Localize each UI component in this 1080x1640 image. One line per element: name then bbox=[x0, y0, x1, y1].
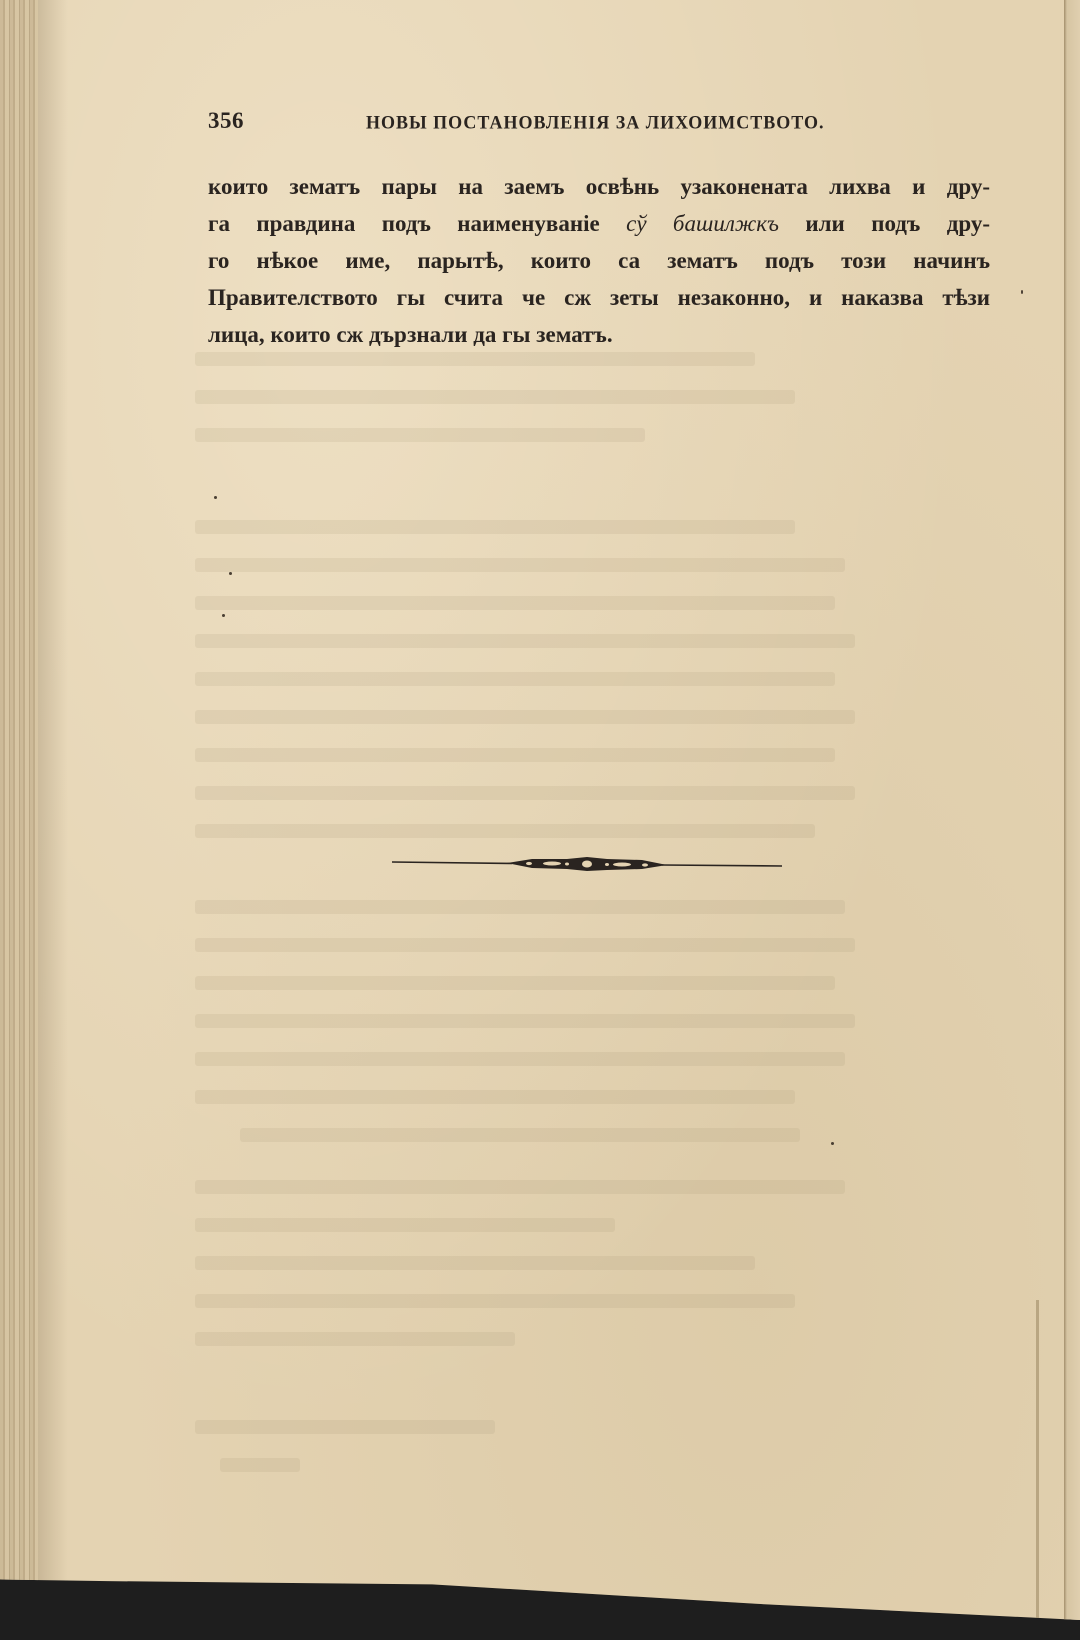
bleed-through-text bbox=[195, 976, 835, 990]
bleed-through-text bbox=[195, 596, 835, 610]
bleed-through-text bbox=[195, 786, 855, 800]
page-crease bbox=[1036, 1300, 1039, 1620]
ink-speck bbox=[229, 572, 232, 575]
bleed-through-text bbox=[220, 1458, 300, 1472]
ink-speck bbox=[214, 496, 217, 499]
text-line: лица, които сж дързнали да гы зематъ. bbox=[208, 316, 990, 353]
decorative-rule-icon bbox=[392, 856, 782, 872]
bleed-through-text bbox=[195, 824, 815, 838]
text-line: Правителството гы счита че сж зеты незак… bbox=[208, 279, 990, 316]
bleed-through-text bbox=[195, 352, 755, 366]
page-number: 356 bbox=[208, 108, 244, 134]
bleed-through-text bbox=[195, 428, 645, 442]
ink-speck bbox=[831, 1142, 834, 1145]
bleed-through-text bbox=[195, 1256, 755, 1270]
ink-speck bbox=[1021, 290, 1023, 294]
bleed-through-text bbox=[195, 520, 795, 534]
text-line: га правдина подъ наименуваніе сў башилжк… bbox=[208, 205, 990, 242]
ink-speck bbox=[222, 614, 225, 617]
text-line: го нѣкое име, парытѣ, които са зематъ по… bbox=[208, 242, 990, 279]
bleed-through-text bbox=[195, 558, 845, 572]
running-title: НОВЫ ПОСТАНОВЛЕНІЯ ЗА ЛИХОИМСТВОТО. bbox=[366, 111, 825, 133]
body-paragraph: които зематъ пары на заемъ освѣнь узакон… bbox=[208, 168, 990, 353]
bleed-through-text bbox=[195, 1090, 795, 1104]
bleed-through-text bbox=[195, 748, 835, 762]
bleed-through-text bbox=[195, 1420, 495, 1434]
spine-shadow bbox=[38, 0, 68, 1600]
text-segment: или подъ дру- bbox=[779, 211, 990, 236]
bleed-through-text bbox=[195, 1180, 845, 1194]
text-line: които зематъ пары на заемъ освѣнь узакон… bbox=[208, 168, 990, 205]
italic-term: сў башилжкъ bbox=[626, 211, 779, 236]
bleed-through-text bbox=[195, 900, 845, 914]
book-page: 356 НОВЫ ПОСТАНОВЛЕНІЯ ЗА ЛИХОИМСТВОТО. … bbox=[0, 0, 1080, 1620]
bleed-through-text bbox=[195, 1014, 855, 1028]
bleed-through-text bbox=[195, 710, 855, 724]
bleed-through-text bbox=[195, 1294, 795, 1308]
bleed-through-text bbox=[195, 672, 835, 686]
page-edges-stack bbox=[0, 0, 38, 1600]
bleed-through-text bbox=[195, 1332, 515, 1346]
text-segment: га правдина подъ наименуваніе bbox=[208, 211, 626, 236]
bleed-through-text bbox=[195, 938, 855, 952]
bleed-through-text bbox=[195, 1052, 845, 1066]
bleed-through-text bbox=[240, 1128, 800, 1142]
bleed-through-text bbox=[195, 634, 855, 648]
bleed-through-text bbox=[195, 390, 795, 404]
right-page-edge bbox=[1064, 0, 1080, 1620]
page-header: 356 НОВЫ ПОСТАНОВЛЕНІЯ ЗА ЛИХОИМСТВОТО. bbox=[208, 108, 828, 140]
bleed-through-text bbox=[195, 1218, 615, 1232]
